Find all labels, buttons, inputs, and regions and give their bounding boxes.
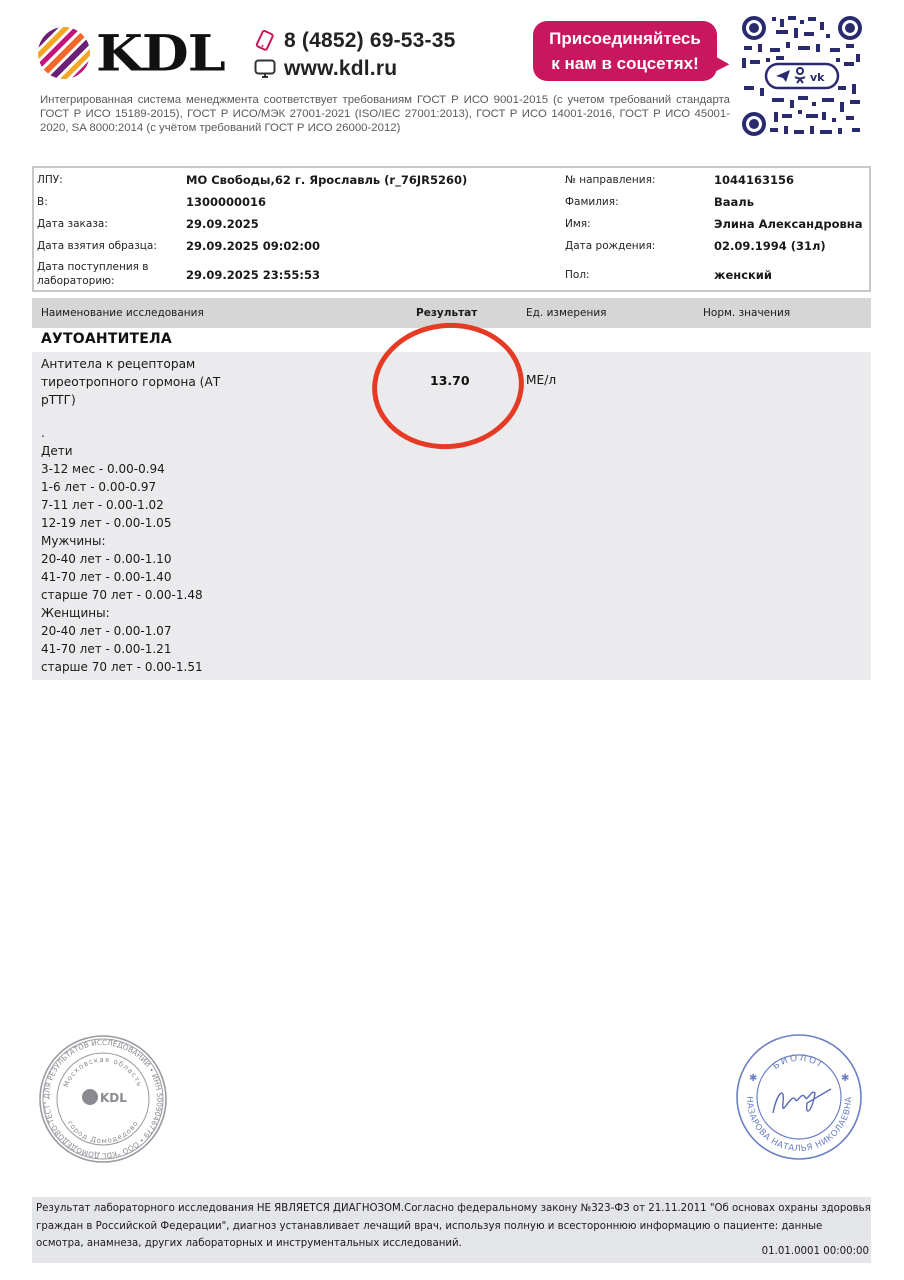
- birthdate-label: Дата рождения:: [565, 239, 655, 253]
- logo-text: KDL: [96, 28, 225, 78]
- birthdate-value: 02.09.1994 (31л): [714, 239, 826, 253]
- kdl-logo: KDL: [38, 26, 225, 80]
- phone-icon: [254, 30, 276, 52]
- contacts: 8 (4852) 69-53-35 www.kdl.ru: [254, 28, 456, 84]
- sex-value: женский: [714, 268, 772, 282]
- reference-ranges: . Дети 3-12 мес - 0.00-0.94 1-6 лет - 0.…: [41, 424, 203, 676]
- social-bubble: Присоединяйтесь к нам в соцсетях!: [533, 21, 717, 81]
- svg-text:vk: vk: [810, 71, 825, 84]
- test-name: Антитела к рецепторам тиреотропного горм…: [41, 355, 241, 409]
- surname-value: Вааль: [714, 195, 754, 209]
- lab-arrival-value: 29.09.2025 23:55:53: [186, 268, 320, 282]
- vk-icon: vk: [810, 71, 825, 84]
- svg-text:БИОЛОГ: БИОЛОГ: [771, 1054, 827, 1072]
- biologist-stamp: БИОЛОГ НАЗАРОВА НАТАЛЬЯ НИКОЛАЕВНА ✱ ✱: [735, 1033, 863, 1161]
- referral-number-value: 1044163156: [714, 173, 794, 187]
- footer-disclaimer: Результат лабораторного исследования НЕ …: [32, 1197, 871, 1263]
- monitor-icon: [254, 58, 276, 80]
- column-result: Результат: [416, 306, 477, 320]
- result-unit: МЕ/л: [526, 373, 556, 387]
- svg-text:KDL: KDL: [100, 1091, 127, 1105]
- svg-text:✱: ✱: [841, 1073, 849, 1084]
- footer-date: 01.01.0001 00:00:00: [762, 1246, 869, 1257]
- svg-text:город Домодедово: город Домодедово: [66, 1119, 141, 1145]
- sample-date-label: Дата взятия образца:: [37, 239, 157, 253]
- results-table-header: Наименование исследования Результат Ед. …: [32, 298, 871, 328]
- column-unit: Ед. измерения: [526, 306, 607, 320]
- iso-certification-text: Интегрированная система менеджмента соот…: [40, 93, 730, 135]
- column-norm: Норм. значения: [703, 306, 790, 320]
- phone-row: 8 (4852) 69-53-35: [254, 28, 456, 54]
- result-value: 13.70: [430, 373, 470, 388]
- lpu-label: ЛПУ:: [37, 173, 63, 187]
- svg-text:✱: ✱: [749, 1073, 757, 1084]
- surname-label: Фамилия:: [565, 195, 619, 209]
- v-label: В:: [37, 195, 48, 209]
- kdl-logo-icon: [38, 27, 90, 79]
- social-bubble-line2: к нам в соцсетях!: [533, 51, 717, 76]
- website-row: www.kdl.ru: [254, 56, 456, 82]
- name-value: Элина Александровна: [714, 217, 862, 231]
- order-info-box: ЛПУ: МО Свободы,62 г. Ярославль (r_76JR5…: [32, 166, 871, 292]
- signature: [773, 1089, 831, 1113]
- order-date-value: 29.09.2025: [186, 217, 259, 231]
- phone-number[interactable]: 8 (4852) 69-53-35: [284, 29, 456, 53]
- social-bubble-line1: Присоединяйтесь: [533, 26, 717, 51]
- column-test-name: Наименование исследования: [41, 306, 204, 320]
- lab-seal-stamp: ДЛЯ РЕЗУЛЬТАТОВ ИССЛЕДОВАНИЙ • ИНН 50090…: [38, 1034, 168, 1164]
- order-date-label: Дата заказа:: [37, 217, 108, 231]
- v-value: 1300000016: [186, 195, 266, 209]
- referral-number-label: № направления:: [565, 173, 655, 187]
- table-row: Антитела к рецепторам тиреотропного горм…: [32, 352, 871, 680]
- website-link[interactable]: www.kdl.ru: [284, 57, 397, 81]
- sample-date-value: 29.09.2025 09:02:00: [186, 239, 320, 253]
- disclaimer-text: Результат лабораторного исследования НЕ …: [36, 1200, 871, 1253]
- qr-code[interactable]: vk: [740, 14, 864, 138]
- lab-arrival-label: Дата поступления в лабораторию:: [37, 260, 157, 288]
- section-title: АУТОАНТИТЕЛА: [41, 331, 172, 347]
- sex-label: Пол:: [565, 268, 590, 282]
- svg-text:Московская область: Московская область: [62, 1056, 144, 1089]
- name-label: Имя:: [565, 217, 591, 231]
- lpu-value: МО Свободы,62 г. Ярославль (r_76JR5260): [186, 173, 467, 187]
